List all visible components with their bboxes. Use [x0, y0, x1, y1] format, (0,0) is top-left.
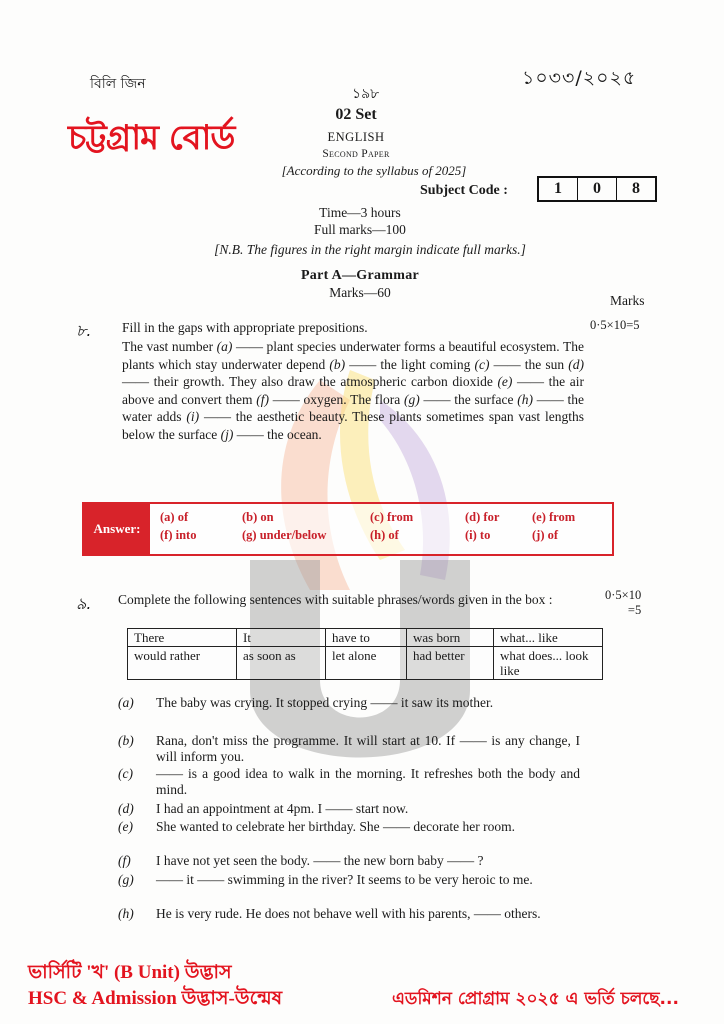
sentence-label: (h)	[118, 906, 156, 922]
word-box-cell: have to	[326, 629, 407, 647]
sentence-label: (d)	[118, 801, 156, 817]
sentence-item: (b)Rana, don't miss the programme. It wi…	[118, 733, 580, 764]
gap-label: (c)	[475, 357, 490, 372]
gap-label: (h)	[517, 392, 533, 407]
answer-item: (d) for	[465, 510, 499, 525]
question-2-marks: 0·5×10 =5	[605, 588, 641, 618]
question-2-instruction: Complete the following sentences with su…	[118, 592, 580, 608]
sentence-label: (a)	[118, 695, 156, 711]
answer-item: (g) under/below	[242, 528, 326, 543]
word-box-cell: would rather	[128, 647, 237, 680]
exam-page: বিলি জিন ১৯৮ ১০৩৩/২০২৫ চট্টগ্রাম বোর্ড 0…	[0, 0, 724, 1024]
gap-label: (a)	[217, 339, 233, 354]
footer-admission-promo: এডমিশন প্রোগ্রাম ২০২৫ এ ভর্তি চলছে...	[392, 986, 679, 1014]
answer-box: Answer: (a) of(b) on(c) from(d) for(e) f…	[82, 502, 614, 556]
answer-grid: (a) of(b) on(c) from(d) for(e) from(f) i…	[150, 504, 612, 554]
code-digit: 0	[578, 178, 617, 200]
time-limit: Time—3 hours	[300, 205, 420, 221]
word-box-cell: was born	[407, 629, 494, 647]
answer-item: (i) to	[465, 528, 490, 543]
code-digit: 8	[617, 178, 655, 200]
sentence-item: (c)—— is a good idea to walk in the morn…	[118, 766, 580, 797]
word-box-cell: There	[128, 629, 237, 647]
sentence-label: (f)	[118, 853, 156, 869]
answer-item: (b) on	[242, 510, 274, 525]
answer-item: (f) into	[160, 528, 196, 543]
word-box-cell: It	[237, 629, 326, 647]
sentence-item: (h)He is very rude. He does not behave w…	[118, 906, 580, 922]
sentence-text: Rana, don't miss the programme. It will …	[156, 733, 580, 764]
set-label: 02 Set	[300, 106, 412, 124]
answer-item: (e) from	[532, 510, 575, 525]
sentence-text: I have not yet seen the body. —— the new…	[156, 853, 580, 869]
part-marks: Marks—60	[290, 285, 430, 301]
question-1-passage: The vast number (a) —— plant species und…	[122, 338, 584, 443]
part-heading: Part A—Grammar	[250, 268, 470, 284]
word-box-row: would ratheras soon aslet alonehad bette…	[128, 647, 603, 680]
question-serial: ১০৩৩/২০২৫	[522, 64, 636, 96]
code-digit: 1	[539, 178, 578, 200]
gap-label: (j)	[221, 427, 234, 442]
gap-label: (g)	[404, 392, 420, 407]
sentence-item: (d)I had an appointment at 4pm. I —— sta…	[118, 801, 580, 817]
question-1-instruction: Fill in the gaps with appropriate prepos…	[122, 320, 368, 336]
marks-line: 0·5×10	[605, 588, 641, 603]
gap-label: (d)	[568, 357, 584, 372]
paper-title: Second Paper	[280, 148, 432, 160]
sentence-text: She wanted to celebrate her birthday. Sh…	[156, 819, 580, 835]
subject-title: ENGLISH	[300, 130, 412, 145]
word-box-cell: what does... look like	[494, 647, 603, 680]
answer-item: (j) of	[532, 528, 558, 543]
full-marks: Full marks—100	[285, 222, 435, 238]
answer-item: (c) from	[370, 510, 413, 525]
sentence-label: (g)	[118, 872, 156, 888]
distribution-note: বিলি জিন	[90, 72, 146, 96]
question-number-8: ৮.	[76, 318, 91, 345]
answer-item: (h) of	[370, 528, 399, 543]
sentence-text: He is very rude. He does not behave well…	[156, 906, 580, 922]
board-title: চট্টগ্রাম বোর্ড	[68, 112, 234, 169]
word-box-row: ThereIthave towas bornwhat... like	[128, 629, 603, 647]
gap-label: (b)	[329, 357, 345, 372]
sentence-label: (e)	[118, 819, 156, 835]
sentence-label: (b)	[118, 733, 156, 764]
word-box-table: ThereIthave towas bornwhat... likewould …	[127, 628, 603, 680]
subject-code-label: Subject Code :	[420, 183, 508, 199]
question-number-9: ৯.	[76, 591, 91, 618]
sentence-item: (f)I have not yet seen the body. —— the …	[118, 853, 580, 869]
sentence-text: The baby was crying. It stopped crying —…	[156, 695, 580, 711]
sentence-item: (g)—— it —— swimming in the river? It se…	[118, 872, 580, 888]
subject-code-box: 1 0 8	[537, 176, 657, 202]
sentence-text: I had an appointment at 4pm. I —— start …	[156, 801, 580, 817]
marks-column-header: Marks	[610, 293, 645, 309]
sentence-item: (a)The baby was crying. It stopped cryin…	[118, 695, 580, 711]
gap-label: (f)	[256, 392, 269, 407]
syllabus-note: [According to the syllabus of 2025]	[246, 163, 502, 179]
question-1-marks: 0·5×10=5	[590, 318, 640, 333]
word-box-cell: what... like	[494, 629, 603, 647]
word-box-cell: let alone	[326, 647, 407, 680]
sentence-text: —— is a good idea to walk in the morning…	[156, 766, 580, 797]
sentence-text: —— it —— swimming in the river? It seems…	[156, 872, 580, 888]
word-box-cell: had better	[407, 647, 494, 680]
sentence-label: (c)	[118, 766, 156, 797]
gap-label: (i)	[186, 409, 199, 424]
footer-brand: HSC & Admission উদ্ভাস-উন্মেষ	[28, 984, 282, 1016]
gap-label: (e)	[497, 374, 512, 389]
answer-item: (a) of	[160, 510, 188, 525]
answer-label: Answer:	[84, 504, 150, 554]
word-box-cell: as soon as	[237, 647, 326, 680]
sentence-item: (e)She wanted to celebrate her birthday.…	[118, 819, 580, 835]
page-number: ১৯৮	[352, 82, 379, 106]
marks-line: =5	[605, 603, 641, 618]
marks-note: [N.B. The figures in the right margin in…	[150, 242, 590, 258]
